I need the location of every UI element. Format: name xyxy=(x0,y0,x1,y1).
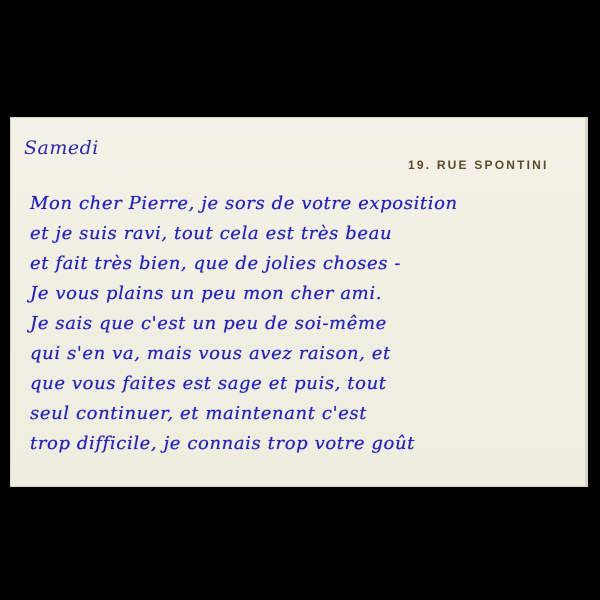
letter-line: Je vous plains un peu mon cher ami. xyxy=(30,279,580,309)
letter-line: trop difficile, je connais trop votre go… xyxy=(30,429,580,459)
photo-frame: Samedi 19. RUE SPONTINI Mon cher Pierre,… xyxy=(0,0,600,600)
letter-line: Je sais que c'est un peu de soi-même xyxy=(30,309,580,339)
letter-line: que vous faites est sage et puis, tout xyxy=(30,369,580,399)
letter-line: et je suis ravi, tout cela est très beau xyxy=(30,219,580,249)
letter-line: qui s'en va, mais vous avez raison, et xyxy=(30,339,580,369)
letter-body: Mon cher Pierre, je sors de votre exposi… xyxy=(30,189,580,459)
letter-line: et fait très bien, que de jolies choses … xyxy=(30,249,580,279)
letter-line: seul continuer, et maintenant c'est xyxy=(30,399,580,429)
day-heading: Samedi xyxy=(24,137,99,159)
correspondence-card: Samedi 19. RUE SPONTINI Mon cher Pierre,… xyxy=(10,117,588,487)
letterhead-address: 19. RUE SPONTINI xyxy=(408,158,549,172)
letter-line: Mon cher Pierre, je sors de votre exposi… xyxy=(30,189,580,219)
